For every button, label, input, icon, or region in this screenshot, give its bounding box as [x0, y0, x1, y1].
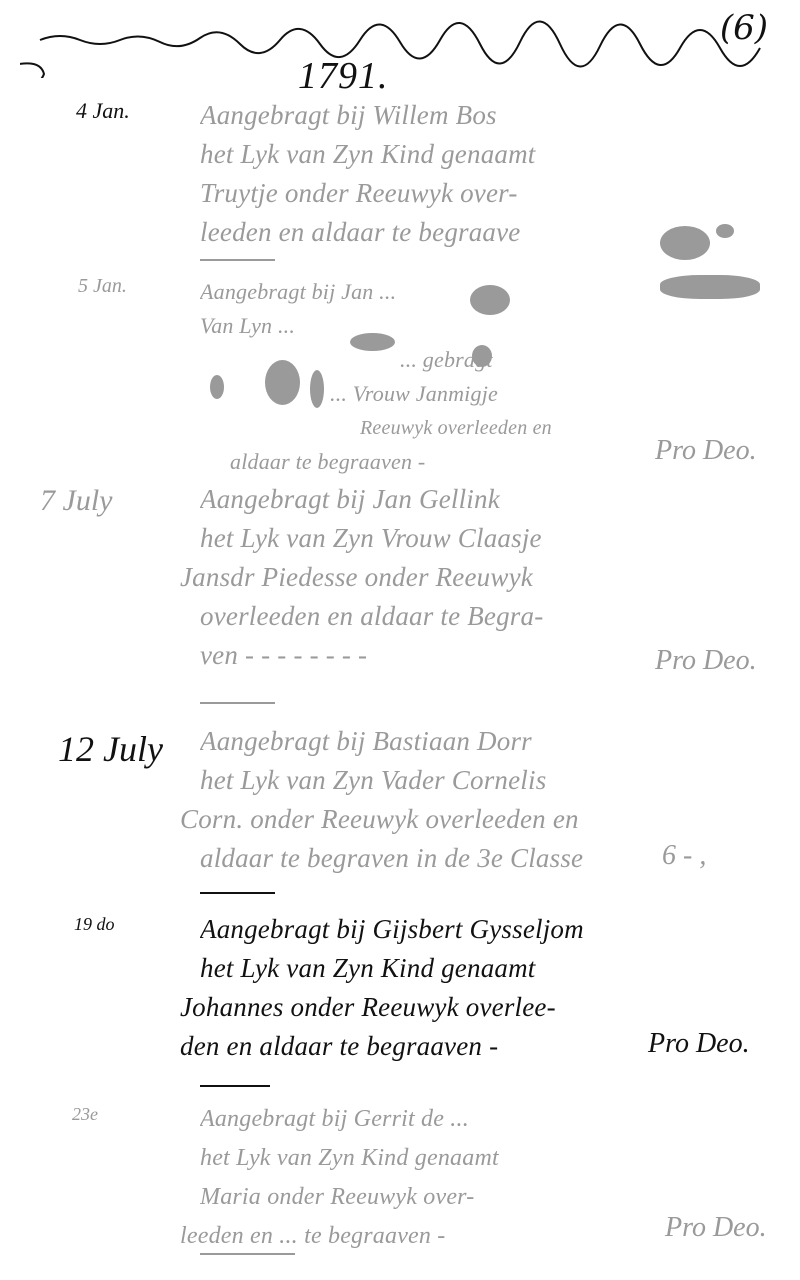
entry-line: Van Lyn ... — [200, 309, 640, 343]
entry-line: ven - - - - - - - - — [200, 636, 640, 675]
entry-line: Corn. onder Reeuwyk overleeden en — [180, 800, 640, 839]
ink-blot — [472, 345, 492, 367]
ink-blot — [210, 375, 224, 399]
ink-blot — [350, 333, 395, 351]
entry-line: Truytje onder Reeuwyk over- — [200, 174, 640, 213]
entry-line: Reeuwyk overleeden en — [200, 411, 640, 445]
ink-blot — [470, 285, 510, 315]
entry-line: Aangebragt bij Jan Gellink — [200, 480, 640, 519]
entry-line: aldaar te begraven in de 3e Classe — [200, 839, 640, 878]
entry-line: Maria onder Reeuwyk over- — [200, 1178, 640, 1217]
entry-fee: Pro Deo. — [648, 1028, 750, 1060]
entry-text: Aangebragt bij Gerrit de ... het Lyk van… — [200, 1100, 640, 1256]
entry-separator — [200, 1085, 270, 1087]
entry-line: den en aldaar te begraaven - — [180, 1027, 640, 1066]
entry-text: Aangebragt bij Jan Gellink het Lyk van Z… — [200, 480, 640, 675]
entry-line: overleeden en aldaar te Begra- — [200, 597, 640, 636]
entry-line: aldaar te begraaven - — [200, 445, 640, 479]
entry-text: Aangebragt bij Bastiaan Dorr het Lyk van… — [200, 722, 640, 878]
entry-fee: Pro Deo. — [655, 435, 757, 467]
entry-line: het Lyk van Zyn Vader Cornelis — [200, 761, 640, 800]
entry-fee: Pro Deo. — [665, 1212, 767, 1244]
entry-line: Jansdr Piedesse onder Reeuwyk — [180, 558, 640, 597]
ink-blot — [660, 226, 710, 260]
page-number: (6) — [720, 8, 768, 48]
entry-date: 23e — [72, 1104, 98, 1125]
entry-date: 12 July — [58, 728, 163, 770]
ink-blot — [716, 224, 734, 238]
entry-text: Aangebragt bij Willem Bos het Lyk van Zy… — [200, 96, 640, 252]
entry-separator — [200, 892, 275, 894]
entry-line: leeden en aldaar te begraave — [200, 213, 640, 252]
entry-line: Aangebragt bij Willem Bos — [200, 96, 640, 135]
entry-fee: Pro Deo. — [655, 645, 757, 677]
entry-date: 4 Jan. — [76, 98, 130, 124]
entry-line: Aangebragt bij Gerrit de ... — [200, 1100, 640, 1139]
year-heading: 1791. — [298, 54, 389, 98]
entry-line: het Lyk van Zyn Kind genaamt — [200, 1139, 640, 1178]
entry-line: het Lyk van Zyn Kind genaamt — [200, 135, 640, 174]
header-flourish-line — [20, 18, 800, 78]
entry-line: Johannes onder Reeuwyk overlee- — [180, 988, 640, 1027]
entry-date: 7 July — [40, 484, 112, 518]
entry-separator — [200, 1253, 295, 1255]
entry-line: Aangebragt bij Bastiaan Dorr — [200, 722, 640, 761]
register-page: (6) 1791. 4 Jan. Aangebragt bij Willem B… — [0, 0, 800, 1280]
entry-separator — [200, 702, 275, 704]
ink-blot — [660, 275, 760, 299]
entry-line: het Lyk van Zyn Vrouw Claasje — [200, 519, 640, 558]
entry-date: 19 do — [74, 914, 115, 935]
entry-text: Aangebragt bij Gijsbert Gysseljom het Ly… — [200, 910, 640, 1066]
entry-date: 5 Jan. — [78, 275, 127, 298]
entry-line: leeden en ... te begraaven - — [180, 1217, 640, 1256]
entry-separator — [200, 259, 275, 261]
ink-blot — [265, 360, 300, 405]
entry-fee: 6 - , — [662, 840, 706, 872]
entry-line: het Lyk van Zyn Kind genaamt — [200, 949, 640, 988]
entry-line: Aangebragt bij Gijsbert Gysseljom — [200, 910, 640, 949]
ink-blot — [310, 370, 324, 408]
entry-line: Aangebragt bij Jan ... — [200, 275, 640, 309]
